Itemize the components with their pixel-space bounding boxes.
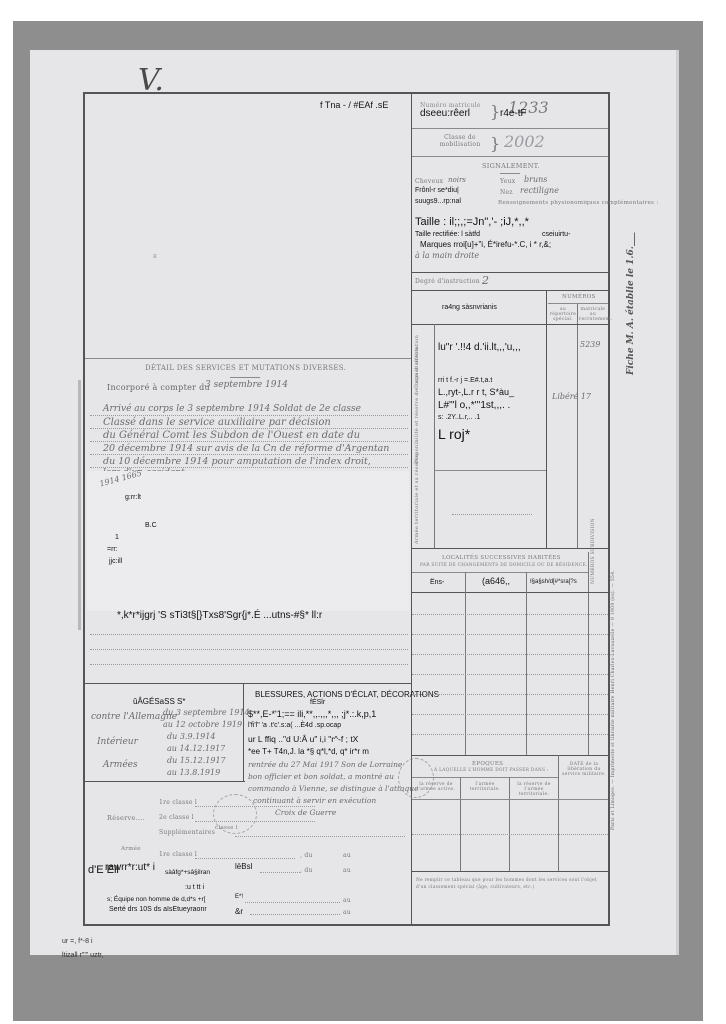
- divider: [548, 303, 608, 304]
- campagne-2-to: au 14.12.1917: [167, 744, 225, 753]
- detail-line-3: du Général Comt les Subdon de l'Ouest en…: [103, 430, 360, 441]
- degre-value: 2: [482, 274, 489, 287]
- divider: [460, 777, 461, 871]
- corps-side-label-3: Armée territoriale et sa réserve.: [414, 452, 420, 544]
- corps-section-2-line-3: L#"'l o,,*'''1st,,,. .: [438, 400, 510, 411]
- detail-services-title: DÉTAIL DES SERVICES ET MUTATIONS DIVERSE…: [145, 364, 346, 372]
- fill-line: [195, 858, 295, 859]
- divider: [412, 324, 608, 325]
- left-column: f Tna - / #EAf .sE ≡ DÉTAIL DES SERVICES…: [85, 94, 412, 924]
- localites-subtitle: PAR SUITE DE CHANGEMENTS DE DOMICILE OU …: [420, 563, 588, 568]
- ruled-line: [412, 734, 608, 735]
- reserve-footer-ocr-2: Serté drs 10S ds aIsEtueyraonr: [109, 906, 207, 913]
- corps-header-ocr: ra4ng sàsnvrianis: [442, 304, 497, 311]
- printer-imprint: Paris et Limoges. — Imprimerie et librai…: [611, 570, 616, 830]
- divider: [412, 592, 608, 593]
- footer-au-label-1: au: [343, 897, 351, 904]
- matricule-label-ocr: dseeu:rêerl: [420, 108, 470, 119]
- cheveux-value: noirs: [448, 176, 466, 184]
- ruled-line: [412, 834, 608, 835]
- campagne-3-from: du 15.12.1917: [167, 756, 226, 765]
- armee-au-label-2: au: [343, 867, 351, 874]
- matricule-value-ocr: r4e-tF: [500, 108, 527, 119]
- classe-value: 2002: [504, 132, 545, 151]
- divider: [85, 781, 245, 782]
- taille-rectifiee-ocr: Taille rectifiée: l sàtfd: [415, 231, 480, 238]
- reserve-footer-ocr-3: &r: [235, 907, 243, 916]
- epoques-title: ÉPOQUES: [472, 761, 503, 767]
- campagne-1-from: du 3 septembre 1914: [163, 708, 250, 717]
- reserve-row-1: 1re classe l: [159, 799, 197, 806]
- reserve-footer-ocr-1: s; Équipe non homme de d,d*s +r[: [107, 896, 205, 903]
- campagne-1-to: au 12 octobre 1919: [163, 720, 242, 729]
- fill-line: [250, 914, 340, 915]
- divider: [434, 470, 546, 471]
- localites-title: LOCALITÉS SUCCESSIVES HABITÉES: [442, 555, 561, 561]
- divider: [434, 324, 435, 548]
- nez-label: Nez: [500, 189, 513, 196]
- reserve-row-3: Supplémentaires: [159, 829, 215, 836]
- divider: [412, 777, 558, 778]
- blessures-title-2: fÉSlr: [310, 699, 325, 706]
- corps-section-1-ocr: lu"r '.!!4 d.'ii.lt,,,'u,,,: [438, 342, 521, 353]
- margin-ocr-5: jjc:ill: [109, 558, 122, 565]
- ruled-line: [412, 614, 608, 615]
- campagne-2-from: du 3.9.1914: [167, 732, 215, 741]
- nez-value: rectiligne: [520, 186, 559, 195]
- brace: }: [490, 134, 500, 153]
- brace: }: [490, 102, 500, 121]
- epoques-col-3: la réserve de l'armée territoriale.: [512, 782, 556, 797]
- detail-line-4: 20 décembre 1914 sur avis de la Cn de ré…: [103, 443, 389, 454]
- epoques-subtitle: À LAQUELLE L'HOMME DOIT PASSER DANS :: [434, 768, 549, 773]
- divider: [412, 156, 608, 157]
- divider: [546, 290, 547, 548]
- divider: [412, 871, 608, 872]
- blessures-hand-2: bon officier et bon soldat, a montré au: [248, 772, 394, 781]
- divider: [243, 683, 244, 781]
- divider: [412, 548, 608, 549]
- reserve-footer-ocr-4: E*!: [235, 894, 243, 900]
- campagne-2-place: Intérieur: [97, 737, 138, 747]
- corps-section-2-line-1: rri t f.-r j =.E#.t,a.t: [438, 377, 492, 384]
- page-fold-crease: [78, 380, 81, 630]
- margin-ocr-3: 1: [115, 534, 119, 541]
- margin-ocr-2: B.C: [145, 522, 157, 529]
- epoques-note: Ne remplir ce tableau que pour les homme…: [416, 877, 604, 891]
- military-register-form: f Tna - / #EAf .sE ≡ DÉTAIL DES SERVICES…: [83, 92, 610, 926]
- reserve-label: Réserve....: [107, 814, 145, 822]
- campagnes-title: ûÂGÉSaSS S*: [133, 697, 185, 706]
- title-underline: [500, 173, 520, 174]
- numeros-header: NUMÉROS: [562, 294, 596, 300]
- campagne-3-to: au 13.8.1919: [167, 768, 220, 777]
- ruled-line: [90, 454, 408, 455]
- ruled-line: [90, 634, 408, 635]
- ink-stamp: [398, 758, 434, 798]
- yeux-value: bruns: [524, 175, 547, 184]
- localites-col-3: I§a§sh/d[#*sra[?s: [530, 579, 577, 585]
- detail-line-1: Arrivé au corps le 3 septembre 1914 Sold…: [103, 404, 361, 414]
- blessures-hand-4: continuant à servir en exécution: [253, 796, 376, 805]
- visage-ocr: suugs9...rp:nal: [415, 198, 461, 205]
- ruled-line: [90, 441, 408, 442]
- margin-ocr-4: =rr:: [107, 546, 118, 553]
- numeros-sub-1: au répertoire spécial.: [549, 307, 577, 322]
- ruled-line: [412, 694, 608, 695]
- armee-du-label: , du: [300, 852, 313, 859]
- classe-label: Classe de mobilisation: [434, 134, 486, 148]
- fill-line: [195, 806, 315, 807]
- numeros-row-1: 5239: [580, 340, 600, 349]
- blessures-ocr-2: l'fi'l" 'a .t'c'.s:a( ...È4d .sp.ocap: [248, 722, 341, 729]
- divider: [412, 128, 608, 129]
- header-ocr-text: f Tna - / #EAf .sE: [320, 100, 388, 110]
- numeros-sub-2: matricule au recrutement.: [579, 307, 607, 322]
- reserve-row-3-tail: classe l: [215, 825, 238, 831]
- detail-line-5: du 10 décembre 1914 pour amputation de l…: [103, 456, 371, 467]
- ruled-line: [412, 714, 608, 715]
- localites-col-4: NUMÉROS SUBDIVISION: [591, 518, 596, 584]
- incorpore-label: Incorporé à compter du: [107, 383, 210, 392]
- renseignements-label: Renseignements physionomiques complément…: [498, 200, 658, 206]
- fill-line: [235, 836, 405, 837]
- marques-hand: à la main droite: [415, 251, 479, 260]
- numeros-row-2: Libéré 17: [552, 392, 591, 401]
- localites-col-2: (a646,,: [482, 576, 510, 586]
- epoques-col-4: DATE de la libération du service militai…: [562, 762, 606, 777]
- armee-ocr-4: :u t tt i: [185, 884, 204, 891]
- blessures-ocr-3: ur L ffiq .."d U:Â u" i,i "r^-f ; tX: [248, 734, 358, 744]
- bottom-ocr-1: ur =, f*-8 i: [62, 938, 93, 945]
- signalement-title: SIGNALEMENT.: [482, 162, 540, 170]
- detail-line-2: Classé dans le service auxiliaire par dé…: [103, 417, 331, 428]
- divider: [85, 683, 411, 684]
- footer-au-label-2: au: [343, 909, 351, 916]
- armee-ocr-2: sàâfg*+sâ§ilran: [165, 869, 210, 876]
- ruled-line: [90, 664, 408, 665]
- armee-ocr: rawrr*r:ut* i: [105, 862, 155, 873]
- stray-mark: ≡: [153, 254, 157, 260]
- marques-ocr: Marques rroi[u]+"i, É*irefu-*.C, i * r,&…: [420, 240, 551, 249]
- yeux-label: Yeux: [500, 178, 515, 185]
- blessures-hand-5: Croix de Guerre: [275, 808, 336, 817]
- cheveux-label: Cheveux: [415, 178, 443, 185]
- fill-line: [260, 872, 300, 873]
- divider: [558, 755, 559, 871]
- taille-ocr: Taille : il;;,;=Jn",'- ;iJ,*,,*: [415, 216, 529, 228]
- detail-footer-ocr: *,k*r*ijgrj 'S sTi3t§[}Txs8'Sgr{j*.É ...…: [117, 610, 322, 621]
- blessures-hand-3: commando à Vienne, se distingue à l'atta…: [248, 784, 419, 793]
- campagne-3-place: Armées: [103, 760, 138, 770]
- ruled-line: [90, 428, 408, 429]
- degre-label: Degré d'instruction :: [415, 278, 484, 285]
- blessures-hand-1: rentrée du 27 Mai 1917 Son de Lorraine: [248, 760, 402, 769]
- margin-hand-note: Fiche M. A. établie le 1.6.___: [626, 233, 636, 375]
- bottom-ocr-2: ltizall r"'" uztr,: [62, 952, 103, 959]
- margin-ocr-1: g:rr:lt: [125, 494, 141, 501]
- divider: [85, 358, 411, 359]
- armee-au-label: au: [343, 852, 351, 859]
- front-ocr: Frônl-r se*diu|: [415, 187, 459, 194]
- taille-rectifiee-tail: cseiuirtu-: [542, 231, 570, 238]
- divider: [412, 799, 608, 800]
- ruled-line: [412, 634, 608, 635]
- armee-row-1: 1re classe l: [159, 851, 197, 858]
- fill-line: [245, 902, 340, 903]
- epoques-col-2: l'armée territoriale.: [463, 782, 507, 792]
- ruled-line: [412, 654, 608, 655]
- divider: [412, 572, 588, 573]
- corps-side-label-2: Disponibilité et réserve de l'armée acti…: [414, 345, 420, 464]
- divider: [412, 272, 608, 273]
- divider: [465, 572, 466, 755]
- right-column: Numéro matricule dseeu:rêerl } 1233 r4e-…: [412, 94, 608, 924]
- divider: [412, 290, 608, 291]
- divider: [412, 755, 608, 756]
- ruled-line: [90, 649, 408, 650]
- incorpore-value: 3 septembre 1914: [205, 380, 288, 390]
- armee-label: Armée: [121, 846, 141, 852]
- localites-col-1: Ëns-: [430, 579, 444, 586]
- fill-line: [195, 821, 315, 822]
- divider: [509, 777, 510, 871]
- corps-section-2-line-2: L.,ryt-,L.r r t, S*àu_: [438, 387, 514, 397]
- title-underline: [230, 377, 260, 378]
- ruled-line: [90, 415, 408, 416]
- epoques-col-1: la réserve de l'armée active.: [414, 782, 458, 792]
- reserve-row-2: 2e classe l: [159, 814, 194, 821]
- blank-region: [87, 471, 409, 611]
- fill-line: [452, 514, 532, 515]
- corps-section-2-line-5: L roj*: [438, 426, 470, 442]
- ruled-line: [412, 674, 608, 675]
- armee-du-label-2: , du: [300, 867, 313, 874]
- divider: [577, 304, 578, 548]
- divider: [526, 572, 527, 755]
- armee-ocr-3: lëBsl: [235, 862, 252, 871]
- blessures-ocr-1: $**,E-*'1;== ili,**,,.,,,*,,, ;j*.:.k,p,…: [248, 709, 376, 719]
- blessures-ocr-4: *ee T+ T4n,J. la *§ q*l,*d, q* ir*r m: [248, 747, 369, 756]
- ruled-line: [90, 467, 408, 468]
- corps-section-2-line-4: s: .2Y..L.r,.. .1: [438, 414, 480, 421]
